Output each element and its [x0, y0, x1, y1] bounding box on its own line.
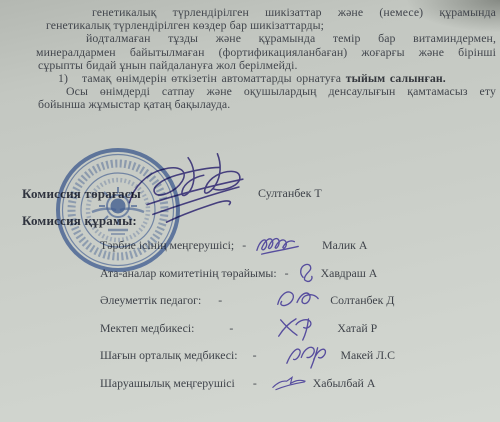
- member-dash: -: [229, 321, 233, 336]
- commission-members-list: Тәрбие ісінің меңгерушісі; - Малик А Ата…: [100, 232, 395, 397]
- member-name: Хатай Р: [337, 321, 377, 336]
- member-row: Шаруашылық меңгерушісі - Хабылбай А: [100, 370, 395, 398]
- member-role: Мектеп медбикесі:: [100, 321, 194, 336]
- member-dash: -: [285, 266, 289, 281]
- member-name: Солтанбек Д: [330, 293, 394, 308]
- member-dash: -: [242, 238, 246, 253]
- member-name: Хабылбай А: [313, 376, 376, 391]
- member-role: Шағын орталық медбикесі:: [100, 348, 238, 363]
- list-item-text: тамақ өнімдерін өткізетін автоматтарды о…: [82, 71, 341, 85]
- chairman-name: Султанбек Т: [258, 186, 322, 201]
- member-row: Ата-аналар комитетінің төрайымы: - Хавдр…: [100, 260, 395, 288]
- member-role: Шаруашылық меңгерушісі: [100, 376, 235, 391]
- signature-member-0: [254, 232, 304, 259]
- member-name: Хавдраш А: [321, 266, 378, 281]
- scanned-document-page: генетикалық түрлендірілген шикізаттар жә…: [0, 0, 500, 422]
- doc-line: бойынша жұмыстар қатаң бақылауда.: [36, 98, 496, 111]
- chairman-label: Комиссия төрағасы: [22, 186, 141, 202]
- member-row: Әлеуметтік педагог: - Солтанбек Д: [100, 287, 395, 315]
- list-item-bold-text: тыйым салынған.: [346, 71, 446, 85]
- member-role: Тәрбие ісінің меңгерушісі;: [100, 238, 234, 253]
- signature-member-2: [272, 287, 322, 314]
- composition-label: Комиссия құрамы:: [22, 213, 137, 229]
- member-dash: -: [253, 376, 257, 391]
- signature-member-1: [293, 260, 319, 287]
- member-role: Әлеуметтік педагог:: [100, 293, 201, 308]
- doc-line: минералдармен байытылмаған (фортификация…: [36, 46, 496, 59]
- member-dash: -: [218, 293, 222, 308]
- signature-member-5: [269, 370, 309, 397]
- signature-member-4: [283, 342, 333, 369]
- doc-line: йодталмаған тұзды және құрамында темір б…: [36, 32, 496, 45]
- document-body-text: генетикалық түрлендірілген шикізаттар жә…: [36, 6, 496, 112]
- list-item-number: 1): [58, 71, 68, 85]
- signature-member-3: [271, 315, 321, 342]
- member-name: Малик А: [322, 238, 367, 253]
- member-dash: -: [253, 348, 257, 363]
- member-row: Тәрбие ісінің меңгерушісі; - Малик А: [100, 232, 395, 260]
- member-row: Мектеп медбикесі: - Хатай Р: [100, 315, 395, 343]
- member-row: Шағын орталық медбикесі: - Макей Л.С: [100, 342, 395, 370]
- member-name: Макей Л.С: [341, 348, 395, 363]
- signature-chairman: [122, 144, 262, 232]
- member-role: Ата-аналар комитетінің төрайымы:: [100, 266, 277, 281]
